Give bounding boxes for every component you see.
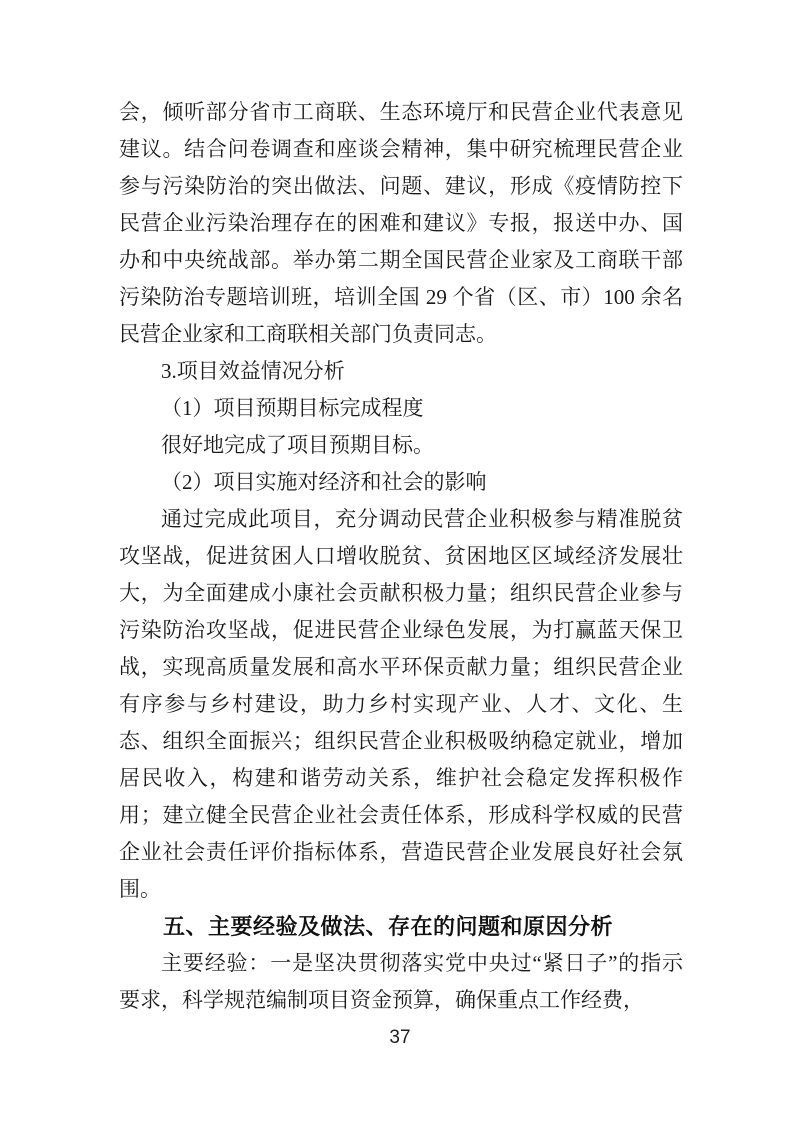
paragraph-impact-body: 通过完成此项目，充分调动民营企业积极参与精准脱贫攻坚战，促进贫困人口增收脱贫、贫… xyxy=(119,501,683,908)
section-heading: 五、主要经验及做法、存在的问题和原因分析 xyxy=(119,908,683,945)
paragraph-benefit-analysis-title: 3.项目效益情况分析 xyxy=(119,353,683,390)
page-number: 37 xyxy=(0,1027,800,1049)
paragraph-continuation: 会，倾听部分省市工商联、生态环境厅和民营企业代表意见建议。结合问卷调查和座谈会精… xyxy=(119,94,683,353)
document-body: 会，倾听部分省市工商联、生态环境厅和民营企业代表意见建议。结合问卷调查和座谈会精… xyxy=(119,94,683,1019)
paragraph-impact-title: （2）项目实施对经济和社会的影响 xyxy=(119,464,683,501)
paragraph-expected-goal-body: 很好地完成了项目预期目标。 xyxy=(119,427,683,464)
paragraph-main-experience: 主要经验：一是坚决贯彻落实党中央过“紧日子”的指示要求，科学规范编制项目资金预算… xyxy=(119,945,683,1019)
paragraph-expected-goal-title: （1）项目预期目标完成程度 xyxy=(119,390,683,427)
document-page: 会，倾听部分省市工商联、生态环境厅和民营企业代表意见建议。结合问卷调查和座谈会精… xyxy=(0,0,800,1131)
